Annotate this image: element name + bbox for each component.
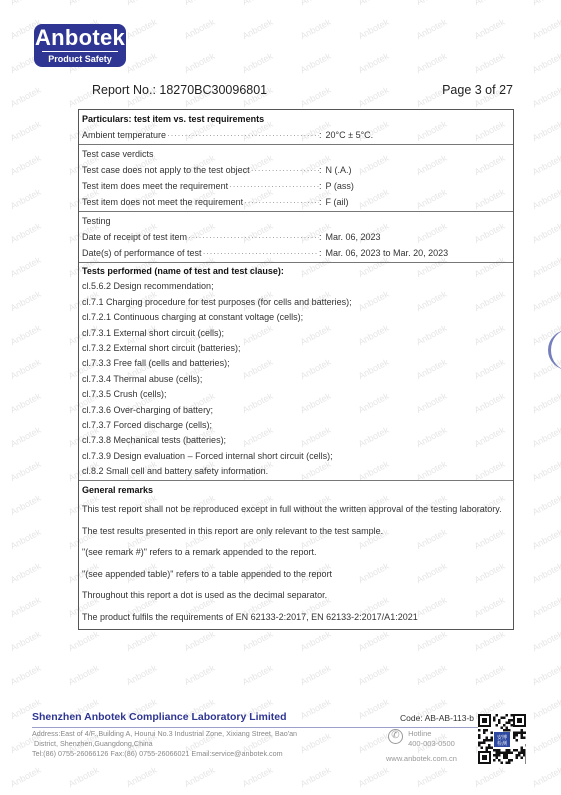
watermark-text: Anbotek: [473, 663, 507, 687]
address-line-2: District, Shenzhen,Guangdong,China: [32, 739, 297, 749]
partial-seal-stamp: [548, 330, 561, 370]
colon: :: [319, 194, 322, 210]
test-item: cl.7.1 Charging procedure for test purpo…: [82, 295, 511, 310]
watermark-text: Anbotek: [357, 0, 391, 7]
watermark-text: Anbotek: [241, 0, 275, 7]
watermark-text: Anbotek: [125, 51, 159, 75]
watermark-text: Anbotek: [9, 425, 43, 449]
watermark-text: Anbotek: [531, 561, 561, 585]
watermark-text: Anbotek: [9, 493, 43, 517]
watermark-text: Anbotek: [473, 0, 507, 7]
testing-title: Testing: [82, 213, 511, 229]
watermark-text: Anbotek: [9, 663, 43, 687]
tests-performed-title: Tests performed (name of test and test c…: [82, 264, 511, 279]
colon: :: [319, 127, 322, 143]
watermark-text: Anbotek: [299, 17, 333, 41]
watermark-text: Anbotek: [357, 663, 391, 687]
watermark-text: Anbotek: [67, 663, 101, 687]
watermark-text: Anbotek: [357, 51, 391, 75]
verdicts-section: Test case verdicts Test case does not ap…: [79, 145, 513, 212]
remark-item: "(see remark #)" refers to a remark appe…: [82, 542, 511, 564]
address-line-1: Address:East of 4/F.,Building A, Hourui …: [32, 729, 297, 739]
watermark-text: Anbotek: [125, 17, 159, 41]
colon: :: [319, 229, 322, 245]
watermark-text: Anbotek: [415, 663, 449, 687]
performance-date-row: Date(s) of performance of test··········…: [82, 245, 511, 261]
watermark-text: Anbotek: [9, 527, 43, 551]
watermark-text: Anbotek: [9, 119, 43, 143]
website-link[interactable]: www.anbotek.com.cn: [386, 754, 457, 763]
test-item: cl.7.3.2 External short circuit (batteri…: [82, 341, 511, 356]
watermark-text: Anbotek: [183, 0, 217, 7]
watermark-text: Anbotek: [531, 629, 561, 653]
watermark-text: Anbotek: [67, 765, 101, 789]
test-item: cl.7.3.5 Crush (cells);: [82, 387, 511, 402]
watermark-text: Anbotek: [531, 51, 561, 75]
phone-icon: ✆: [388, 729, 403, 744]
watermark-text: Anbotek: [125, 0, 159, 7]
watermark-text: Anbotek: [473, 629, 507, 653]
watermark-text: Anbotek: [531, 17, 561, 41]
page-number: Page 3 of 27: [442, 83, 513, 97]
contact-line: Tel:(86) 0755-26066126 Fax:(86) 0755-260…: [32, 749, 297, 759]
watermark-text: Anbotek: [531, 697, 561, 721]
watermark-text: Anbotek: [415, 51, 449, 75]
watermark-text: Anbotek: [415, 17, 449, 41]
watermark-text: Anbotek: [415, 629, 449, 653]
test-item: cl.7.3.3 Free fall (cells and batteries)…: [82, 356, 511, 371]
verdict-row-pass: Test item does meet the requirement·····…: [82, 178, 511, 194]
watermark-text: Anbotek: [531, 765, 561, 789]
watermark-text: Anbotek: [241, 629, 275, 653]
watermark-text: Anbotek: [9, 289, 43, 313]
row-value: N (.A.): [326, 162, 352, 178]
watermark-text: Anbotek: [67, 0, 101, 7]
row-value: Mar. 06, 2023: [326, 229, 381, 245]
watermark-text: Anbotek: [9, 765, 43, 789]
watermark-text: Anbotek: [9, 153, 43, 177]
leader-dots: ········································…: [251, 162, 319, 178]
watermark-text: Anbotek: [299, 663, 333, 687]
document-code: Code: AB-AB-113-b: [400, 713, 474, 723]
watermark-text: Anbotek: [299, 629, 333, 653]
particulars-section: Particulars: test item vs. test requirem…: [79, 110, 513, 145]
hotline-block: ✆ Hotline 400-003-0500: [388, 729, 455, 748]
remark-item: "(see appended table)" refers to a table…: [82, 564, 511, 586]
watermark-text: Anbotek: [125, 629, 159, 653]
anbotek-logo: Anbotek Product Safety: [34, 24, 126, 67]
watermark-text: Anbotek: [531, 459, 561, 483]
watermark-text: Anbotek: [9, 187, 43, 211]
watermark-text: Anbotek: [299, 0, 333, 7]
leader-dots: ········································…: [188, 229, 319, 245]
hotline-label: Hotline: [408, 729, 455, 739]
watermark-text: Anbotek: [241, 663, 275, 687]
watermark-text: Anbotek: [415, 0, 449, 7]
watermark-text: Anbotek: [531, 153, 561, 177]
test-item: cl.7.3.1 External short circuit (cells);: [82, 326, 511, 341]
tests-performed-section: Tests performed (name of test and test c…: [79, 263, 513, 481]
watermark-text: Anbotek: [9, 0, 43, 7]
watermark-text: Anbotek: [9, 629, 43, 653]
remark-item: The test results presented in this repor…: [82, 521, 511, 543]
row-value: 20°C ± 5°C.: [326, 127, 374, 143]
verdicts-title: Test case verdicts: [82, 146, 511, 162]
watermark-text: Anbotek: [531, 731, 561, 755]
row-label: Test case does not apply to the test obj…: [82, 162, 250, 178]
watermark-text: Anbotek: [299, 697, 333, 721]
leader-dots: ········································…: [203, 245, 319, 261]
watermark-text: Anbotek: [241, 51, 275, 75]
svg-text:安博: 安博: [497, 734, 507, 741]
receipt-date-row: Date of receipt of test item············…: [82, 229, 511, 245]
test-item: cl.5.6.2 Design recommendation;: [82, 279, 511, 294]
watermark-text: Anbotek: [9, 255, 43, 279]
watermark-text: Anbotek: [531, 663, 561, 687]
watermark-text: Anbotek: [531, 85, 561, 109]
watermark-text: Anbotek: [125, 663, 159, 687]
watermark-text: Anbotek: [473, 765, 507, 789]
test-item: cl.7.3.8 Mechanical tests (batteries);: [82, 433, 511, 448]
watermark-text: Anbotek: [531, 221, 561, 245]
row-label: Ambient temperature: [82, 127, 166, 143]
verdict-row-na: Test case does not apply to the test obj…: [82, 162, 511, 178]
watermark-text: Anbotek: [9, 357, 43, 381]
watermark-text: Anbotek: [415, 765, 449, 789]
testing-section: Testing Date of receipt of test item····…: [79, 212, 513, 263]
logo-divider: [42, 51, 118, 52]
watermark-text: Anbotek: [299, 51, 333, 75]
watermark-text: Anbotek: [473, 17, 507, 41]
watermark-text: Anbotek: [9, 595, 43, 619]
remark-item: This test report shall not be reproduced…: [82, 499, 511, 521]
watermark-text: Anbotek: [9, 221, 43, 245]
watermark-text: Anbotek: [183, 629, 217, 653]
watermark-text: Anbotek: [357, 731, 391, 755]
watermark-text: Anbotek: [299, 731, 333, 755]
general-remarks-section: General remarks This test report shall n…: [79, 481, 513, 629]
leader-dots: ········································…: [244, 194, 319, 210]
remark-item: Throughout this report a dot is used as …: [82, 585, 511, 607]
watermark-text: Anbotek: [241, 17, 275, 41]
leader-dots: ········································…: [229, 178, 319, 194]
particulars-title: Particulars: test item vs. test requirem…: [82, 111, 511, 127]
particulars-table: Particulars: test item vs. test requirem…: [78, 109, 514, 630]
watermark-text: Anbotek: [9, 459, 43, 483]
watermark-text: Anbotek: [357, 765, 391, 789]
watermark-text: Anbotek: [9, 561, 43, 585]
watermark-text: Anbotek: [125, 765, 159, 789]
watermark-text: Anbotek: [9, 391, 43, 415]
row-value: P (ass): [326, 178, 354, 194]
test-item: cl.7.3.6 Over-charging of battery;: [82, 403, 511, 418]
watermark-text: Anbotek: [531, 493, 561, 517]
colon: :: [319, 245, 322, 261]
row-value: F (ail): [326, 194, 349, 210]
report-header: Report No.: 18270BC30096801 Page 3 of 27: [92, 83, 513, 97]
watermark-text: Anbotek: [9, 323, 43, 347]
watermark-text: Anbotek: [531, 289, 561, 313]
test-item: cl.7.2.1 Continuous charging at constant…: [82, 310, 511, 325]
svg-text:检测: 检测: [497, 740, 507, 747]
footer-address: Address:East of 4/F.,Building A, Hourui …: [32, 729, 297, 759]
colon: :: [319, 162, 322, 178]
watermark-text: Anbotek: [531, 187, 561, 211]
watermark-text: Anbotek: [183, 663, 217, 687]
test-item: cl.7.3.9 Design evaluation – Forced inte…: [82, 449, 511, 464]
test-item: cl.7.3.4 Thermal abuse (cells);: [82, 372, 511, 387]
watermark-text: Anbotek: [473, 51, 507, 75]
watermark-text: Anbotek: [183, 765, 217, 789]
row-value: Mar. 06, 2023 to Mar. 20, 2023: [326, 245, 449, 261]
footer-divider: [32, 727, 502, 728]
watermark-text: Anbotek: [9, 85, 43, 109]
watermark-text: Anbotek: [531, 595, 561, 619]
watermark-text: Anbotek: [67, 629, 101, 653]
watermark-text: Anbotek: [531, 425, 561, 449]
row-label: Test item does not meet the requirement: [82, 194, 243, 210]
watermark-text: Anbotek: [531, 391, 561, 415]
qr-code: 安博 检测: [478, 714, 526, 764]
row-label: Test item does meet the requirement: [82, 178, 228, 194]
watermark-text: Anbotek: [357, 697, 391, 721]
row-label: Date(s) of performance of test: [82, 245, 202, 261]
remark-item: The product fulfils the requirements of …: [82, 607, 511, 629]
watermark-text: Anbotek: [299, 765, 333, 789]
watermark-text: Anbotek: [241, 765, 275, 789]
logo-brand: Anbotek: [34, 26, 126, 50]
watermark-text: Anbotek: [183, 51, 217, 75]
verdict-row-fail: Test item does not meet the requirement·…: [82, 194, 511, 210]
tests-list: cl.5.6.2 Design recommendation;cl.7.1 Ch…: [82, 279, 511, 479]
colon: :: [319, 178, 322, 194]
watermark-text: Anbotek: [357, 17, 391, 41]
watermark-text: Anbotek: [183, 17, 217, 41]
remarks-list: This test report shall not be reproduced…: [82, 499, 511, 628]
general-remarks-title: General remarks: [82, 482, 511, 499]
watermark-text: Anbotek: [531, 527, 561, 551]
watermark-text: Anbotek: [531, 119, 561, 143]
report-number: Report No.: 18270BC30096801: [92, 83, 267, 97]
leader-dots: ········································…: [167, 127, 319, 143]
footer-company-name: Shenzhen Anbotek Compliance Laboratory L…: [32, 711, 287, 723]
logo-tagline: Product Safety: [34, 53, 126, 65]
test-item: cl.7.3.7 Forced discharge (cells);: [82, 418, 511, 433]
watermark-text: Anbotek: [531, 0, 561, 7]
ambient-temperature-row: Ambient temperature·····················…: [82, 127, 511, 143]
watermark-text: Anbotek: [531, 255, 561, 279]
row-label: Date of receipt of test item: [82, 229, 187, 245]
hotline-number: 400-003-0500: [408, 739, 455, 749]
test-item: cl.8.2 Small cell and battery safety inf…: [82, 464, 511, 479]
watermark-text: Anbotek: [357, 629, 391, 653]
